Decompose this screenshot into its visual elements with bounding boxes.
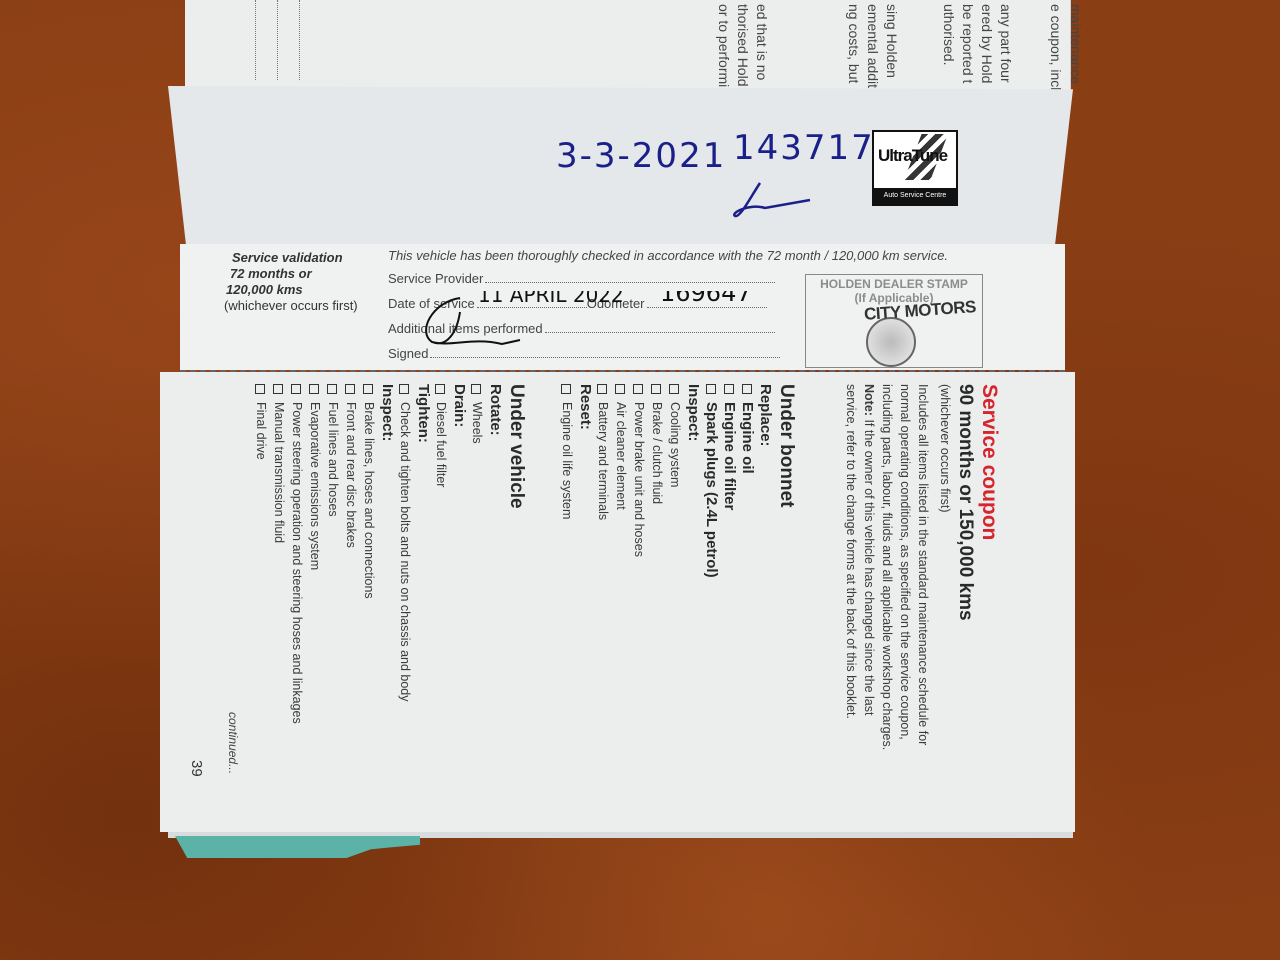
back-page-text: sing Holden — [882, 4, 901, 78]
checkbox[interactable] — [435, 384, 445, 394]
checkbox[interactable] — [309, 384, 319, 394]
continued-label: continued... — [226, 712, 240, 774]
group-label: Drain: — [450, 384, 468, 724]
group-label: Tighten: — [414, 384, 432, 724]
validation-statement: This vehicle has been thoroughly checked… — [388, 248, 1008, 266]
checkbox[interactable] — [345, 384, 355, 394]
teal-tab — [175, 836, 420, 858]
back-page-text: thorised Hold — [733, 4, 752, 87]
under-bonnet-section: Under bonnet Replace: Engine oil Engine … — [558, 384, 798, 578]
validation-note: (whichever occurs first) — [224, 298, 358, 313]
checkbox[interactable] — [633, 384, 643, 394]
validation-interval: Service validation 72 months or 120,000 … — [226, 250, 358, 314]
back-page-text: uthorised. — [939, 4, 958, 65]
under-vehicle-section: Under vehicle Rotate: Wheels Drain: Dies… — [252, 384, 528, 724]
checkbox[interactable] — [651, 384, 661, 394]
handwritten-date: 3-3-2021 — [556, 136, 726, 176]
coupon-description-line: including parts, labour, fluids and all … — [878, 384, 896, 750]
under-vehicle-heading: Under vehicle — [504, 384, 528, 724]
ultratune-stamp: UltraTune Auto Service Centre — [872, 130, 958, 206]
back-page-text: emental addit — [863, 4, 882, 88]
group-label: Inspect: — [378, 384, 396, 724]
checkbox[interactable] — [291, 384, 301, 394]
checkbox[interactable] — [597, 384, 607, 394]
coupon-note: Note: If the owner of this vehicle has c… — [860, 384, 878, 750]
ultratune-subtitle: Auto Service Centre — [874, 188, 956, 204]
checkbox[interactable] — [669, 384, 679, 394]
checkbox[interactable] — [471, 384, 481, 394]
back-page-text: ered by Hold — [977, 4, 996, 83]
service-coupon-header: Service coupon 90 months or 150,000 kms … — [842, 384, 1002, 750]
checklist-item[interactable]: Evaporative emissions system — [306, 384, 324, 724]
group-label: Replace: — [756, 384, 774, 578]
checklist-item[interactable]: Check and tighten bolts and nuts on chas… — [396, 384, 414, 724]
perforation — [277, 0, 278, 80]
checklist-item[interactable]: Fuel lines and hoses — [324, 384, 342, 724]
checklist-item[interactable]: Spark plugs (2.4L petrol) — [702, 384, 720, 578]
checklist-item[interactable]: Final drive — [252, 384, 270, 724]
back-page-text: be reported t — [958, 4, 977, 83]
back-page-text: ed that is no — [752, 4, 771, 80]
checklist-item[interactable]: Diesel fuel filter — [432, 384, 450, 724]
checklist-item[interactable]: Wheels — [468, 384, 486, 724]
checklist-item[interactable]: Battery and terminals — [594, 384, 612, 578]
back-page-text: e coupon, incl — [1046, 4, 1065, 90]
validation-months: 72 months or — [230, 266, 358, 282]
checkbox[interactable] — [399, 384, 409, 394]
checklist-item[interactable]: Manual transmission fluid — [270, 384, 288, 724]
checklist-item[interactable]: Cooling system — [666, 384, 684, 578]
validation-title: Service validation — [232, 250, 358, 266]
checklist-item[interactable]: Power steering operation and steering ho… — [288, 384, 306, 724]
signature-icon — [730, 178, 820, 223]
coupon-note-line: service, refer to the change forms at th… — [842, 384, 860, 750]
coupon-description-line: Includes all items listed in the standar… — [914, 384, 932, 750]
perforation — [299, 0, 300, 80]
checkbox[interactable] — [327, 384, 337, 394]
checkbox[interactable] — [255, 384, 265, 394]
signature-icon — [412, 292, 532, 352]
holden-dealer-stamp: HOLDEN DEALER STAMP (If Applicable) CITY… — [805, 274, 983, 368]
checklist-item[interactable]: Engine oil filter — [720, 384, 738, 578]
group-label: Rotate: — [486, 384, 504, 724]
back-page-text: maintenance — [1066, 4, 1085, 84]
dealer-stamp-label: HOLDEN DEALER STAMP — [806, 277, 982, 291]
back-page-text: or to performi — [714, 4, 733, 87]
checklist-item[interactable]: Engine oil life system — [558, 384, 576, 578]
ultratune-name: UltraTune — [878, 146, 947, 166]
checklist-item[interactable]: Power brake unit and hoses — [630, 384, 648, 578]
coupon-title: Service coupon — [976, 384, 1002, 750]
validation-kms: 120,000 kms — [226, 282, 358, 298]
group-label: Inspect: — [684, 384, 702, 578]
coupon-description-line: normal operating conditions, as specifie… — [896, 384, 914, 750]
checklist-item[interactable]: Brake lines, hoses and connections — [360, 384, 378, 724]
odometer-value: 169647 — [660, 291, 752, 306]
checklist-item[interactable]: Front and rear disc brakes — [342, 384, 360, 724]
perforation — [255, 0, 256, 80]
handwritten-odometer: 143717 — [733, 128, 875, 168]
under-bonnet-heading: Under bonnet — [774, 384, 798, 578]
checklist-item[interactable]: Air cleaner element — [612, 384, 630, 578]
checkbox[interactable] — [615, 384, 625, 394]
page-number: 39 — [188, 760, 205, 777]
checkbox[interactable] — [273, 384, 283, 394]
back-page-text: ng costs, but — [844, 4, 863, 83]
back-page-text: any part four — [996, 4, 1015, 83]
checklist-item[interactable]: Brake / clutch fluid — [648, 384, 666, 578]
holden-lion-icon — [866, 317, 916, 367]
checkbox[interactable] — [706, 384, 716, 394]
coupon-interval-note: (whichever occurs first) — [936, 384, 954, 750]
checkbox[interactable] — [363, 384, 373, 394]
group-label: Reset: — [576, 384, 594, 578]
checkbox[interactable] — [561, 384, 571, 394]
coupon-subtitle: 90 months or 150,000 kms — [954, 384, 976, 750]
back-page: maintenance e coupon, incl any part four… — [185, 0, 1071, 90]
checkbox[interactable] — [742, 384, 752, 394]
service-provider-field[interactable]: Service Provider — [388, 266, 788, 291]
checkbox[interactable] — [724, 384, 734, 394]
checklist-item[interactable]: Engine oil — [738, 384, 756, 578]
